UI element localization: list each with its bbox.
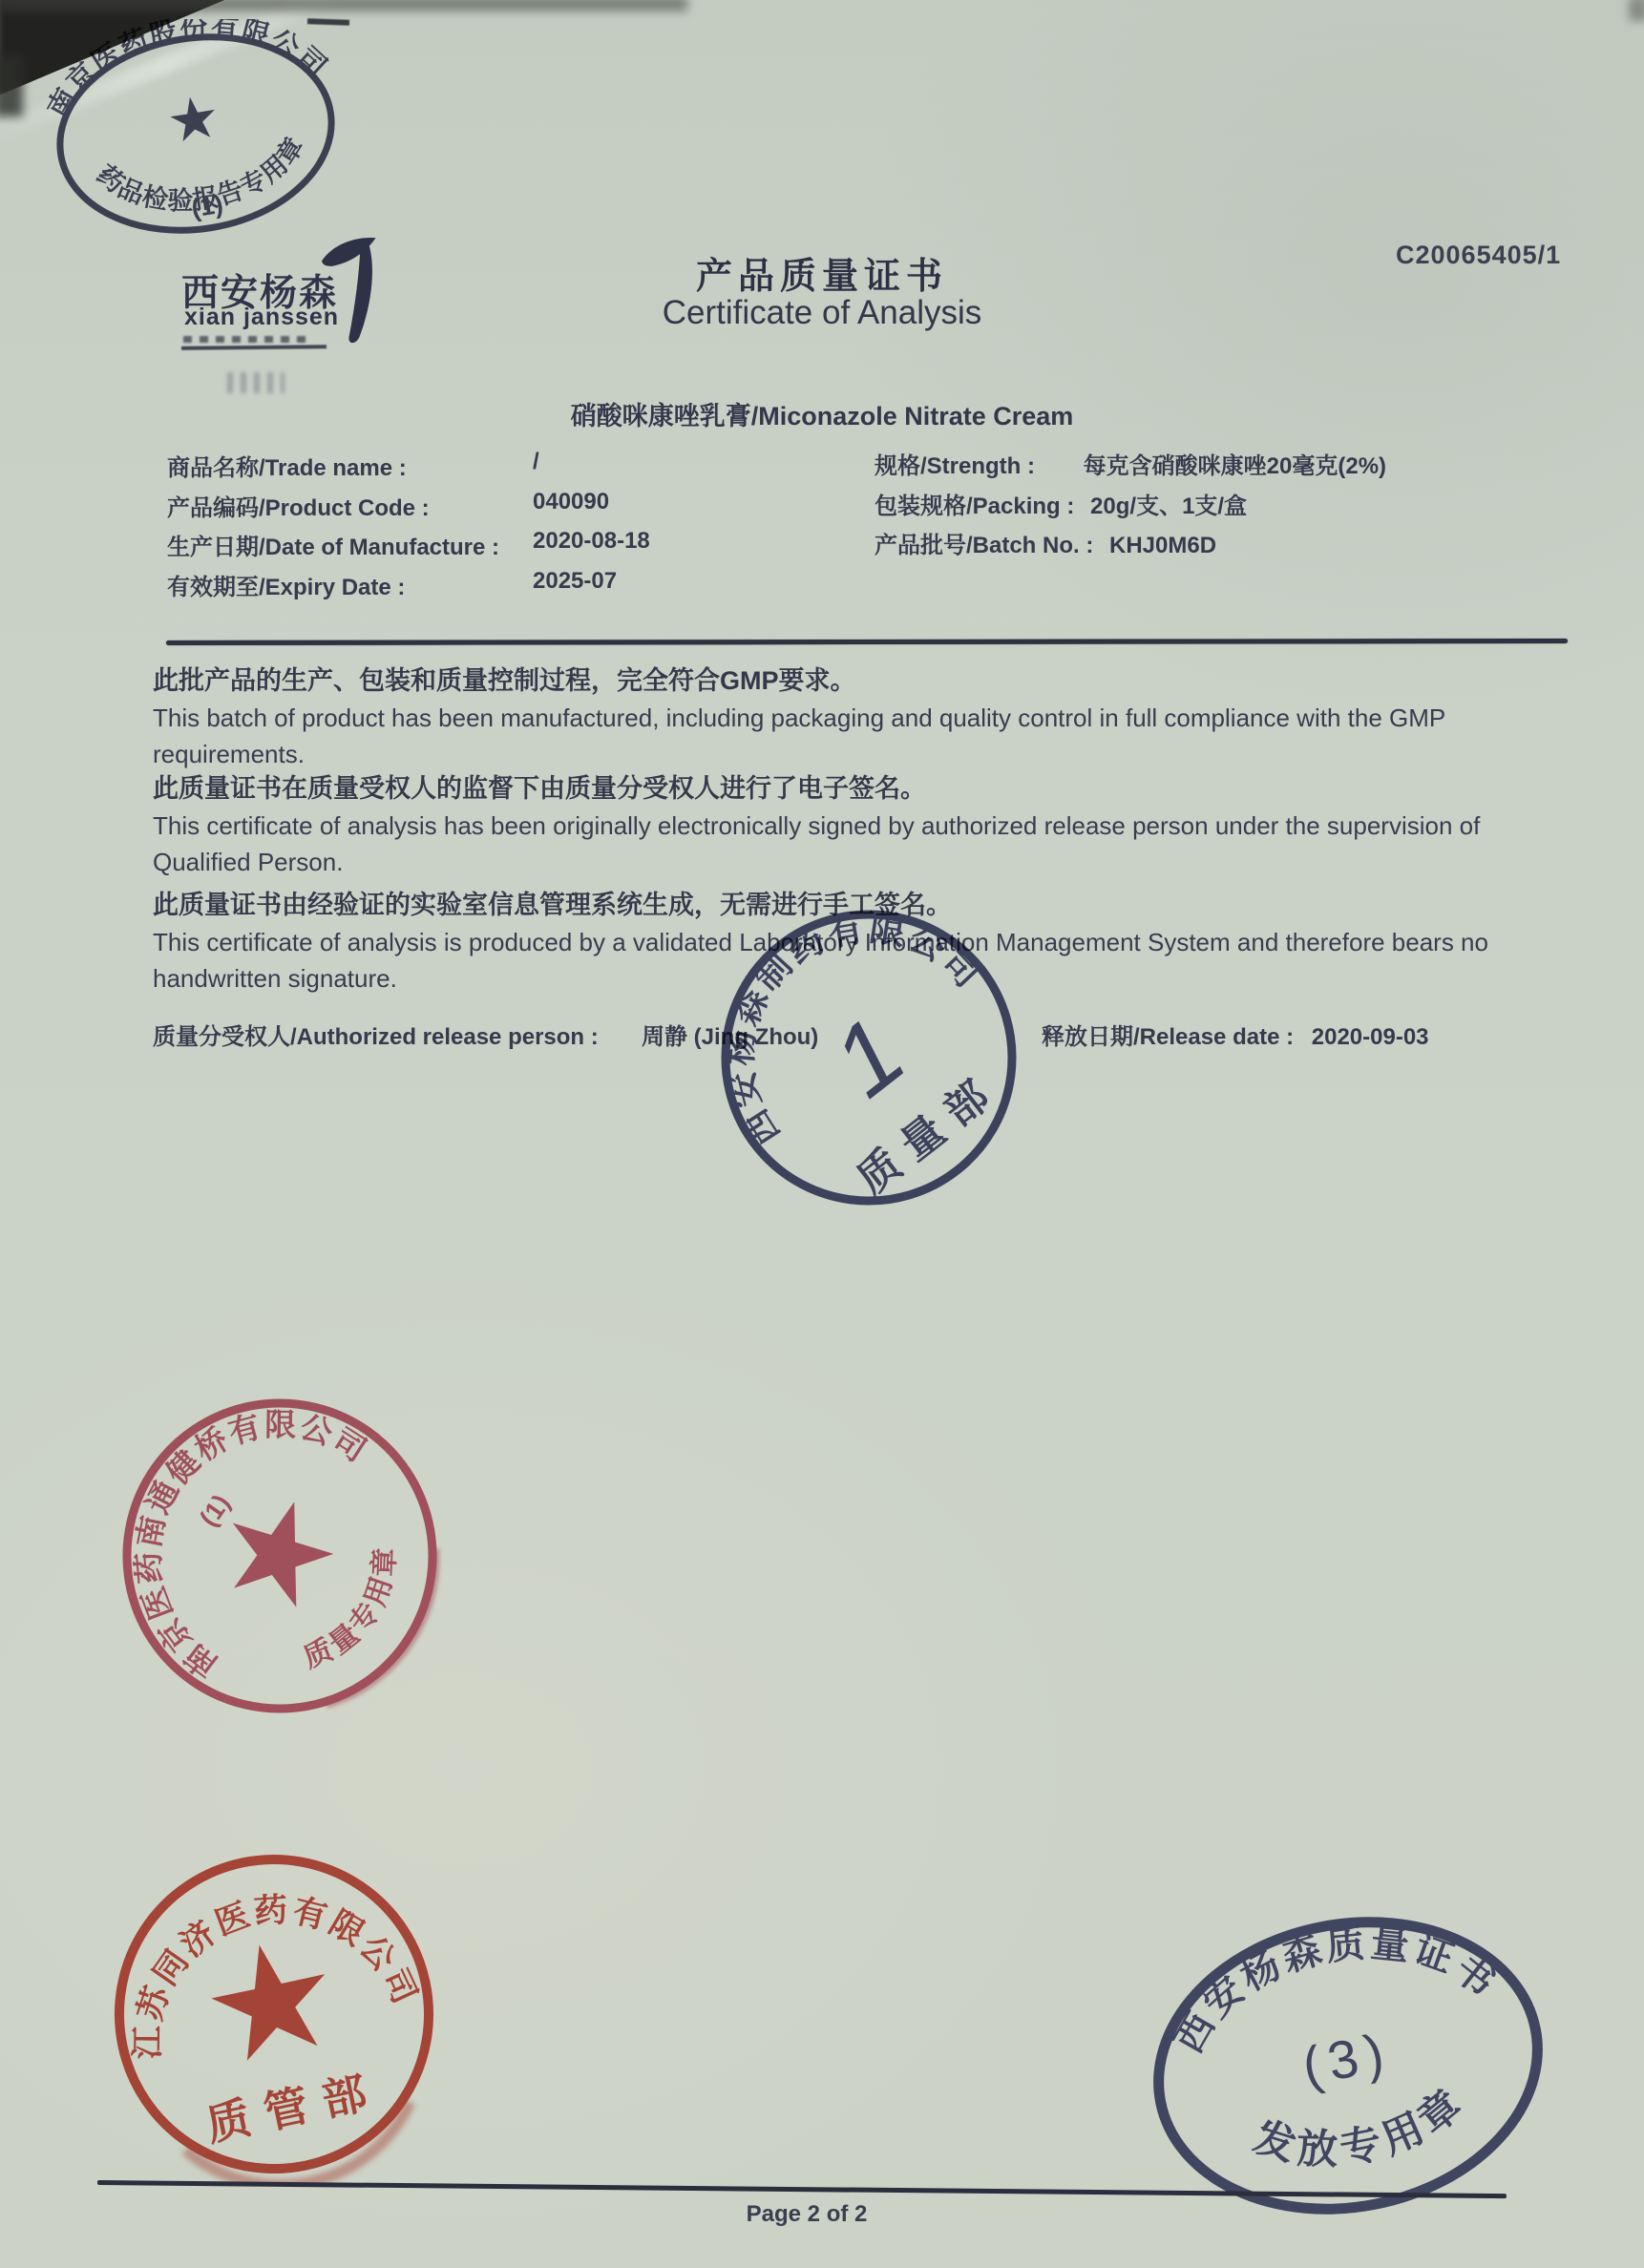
scanned-certificate-page: C20065405/1 西安杨森 xian janssen 产品质量证书 Cer… bbox=[0, 0, 1644, 2268]
field-label: 包装规格/Packing : bbox=[875, 493, 1074, 519]
stamp-center-number: 1 bbox=[813, 997, 925, 1118]
field-label: 商品名称/Trade name : bbox=[167, 455, 407, 481]
field-label: 产品批号/Batch No. : bbox=[875, 533, 1093, 558]
scan-edge-shadow bbox=[0, 55, 23, 116]
field-batch-no: 产品批号/Batch No. : KHJ0M6D bbox=[875, 526, 1581, 566]
release-date-label: 释放日期/Release date : bbox=[1042, 1024, 1294, 1050]
field-value: 2025-07 bbox=[533, 568, 617, 595]
field-manufacture-date: 生产日期/Date of Manufacture : 2020-08-18 bbox=[167, 528, 874, 568]
stamp-number: (1) bbox=[189, 190, 224, 223]
field-value: 040090 bbox=[533, 489, 609, 515]
paragraph-cn: 此质量证书在质量受权人的监督下由质量分受权人进行了电子签名。 bbox=[153, 769, 1532, 808]
field-value: 20g/支、1支/盒 bbox=[1090, 487, 1247, 520]
field-value: 每克含硝酸咪康唑20毫克(2%) bbox=[1084, 447, 1386, 480]
scan-top-shadow bbox=[0, 0, 687, 11]
scan-corner-speck bbox=[1629, 0, 1644, 21]
field-label: 有效期至/Expiry Date : bbox=[167, 575, 405, 600]
field-strength: 规格/Strength : 每克含硝酸咪康唑20毫克(2%) bbox=[875, 447, 1581, 487]
star-icon bbox=[202, 1933, 339, 2066]
product-name-line: 硝酸咪康唑乳膏/Miconazole Nitrate Cream bbox=[0, 395, 1644, 432]
page-number: Page 2 of 2 bbox=[0, 2201, 1613, 2228]
field-expiry-date: 有效期至/Expiry Date : 2025-07 bbox=[167, 568, 874, 608]
field-label: 规格/Strength : bbox=[875, 453, 1035, 479]
horizontal-rule bbox=[166, 639, 1568, 645]
paragraph-en: This certificate of analysis has been or… bbox=[153, 808, 1532, 880]
stamp-arc-bottom-text: 发放专用章 bbox=[1240, 2073, 1481, 2191]
fields-right-column: 规格/Strength : 每克含硝酸咪康唑20毫克(2%) 包装规格/Pack… bbox=[875, 447, 1581, 566]
stamp-release-seal-oval: 西安杨森质量证书 (3) 发放专用章 bbox=[1138, 1913, 1558, 2228]
paragraph-gmp: 此批产品的生产、包装和质量控制过程，完全符合GMP要求。 This batch … bbox=[153, 661, 1532, 772]
field-label: 产品编码/Product Code : bbox=[167, 495, 430, 521]
field-value: KHJ0M6D bbox=[1109, 533, 1216, 559]
field-value: 2020-08-18 bbox=[533, 528, 650, 555]
star-icon bbox=[168, 94, 220, 143]
stamp-number: (3) bbox=[1297, 2021, 1396, 2096]
stamp-red-nanjing-distributor: 南京医药南通健桥有限公司 (1) 质量专用章 bbox=[108, 1384, 452, 1728]
paragraph-en: This batch of product has been manufactu… bbox=[153, 700, 1532, 772]
stamp-red-jiangsu-tongji: 江苏同济医药有限公司 质管部 bbox=[102, 1842, 446, 2186]
release-date-value: 2020-09-03 bbox=[1312, 1024, 1429, 1050]
svg-text:发放专用章: 发放专用章 bbox=[1240, 2073, 1481, 2191]
field-packing: 包装规格/Packing : 20g/支、1支/盒 bbox=[875, 487, 1581, 527]
title-en: Certificate of Analysis bbox=[0, 294, 1644, 332]
logo-strikethrough bbox=[181, 345, 327, 350]
stamp-number: (1) bbox=[194, 1489, 236, 1531]
field-trade-name: 商品名称/Trade name : / bbox=[167, 449, 874, 489]
stamp-department-text: 质管部 bbox=[201, 2065, 386, 2151]
fields-left-column: 商品名称/Trade name : / 产品编码/Product Code : … bbox=[167, 449, 874, 607]
field-product-code: 产品编码/Product Code : 040090 bbox=[167, 489, 874, 529]
logo-smudge bbox=[183, 336, 313, 343]
release-date: 释放日期/Release date : 2020-09-03 bbox=[1042, 1018, 1429, 1051]
release-person-label: 质量分受权人/Authorized release person : bbox=[153, 1018, 599, 1051]
stamp-nanjing-pharma-oval: 南京医药股份有限公司 药品检验报告专用章 (1) bbox=[43, 19, 348, 258]
paragraph-esign: 此质量证书在质量受权人的监督下由质量分受权人进行了电子签名。 This cert… bbox=[153, 769, 1532, 880]
field-value: / bbox=[533, 449, 539, 475]
paragraph-cn: 此批产品的生产、包装和质量控制过程，完全符合GMP要求。 bbox=[153, 661, 1532, 700]
field-label: 生产日期/Date of Manufacture : bbox=[167, 535, 499, 560]
stamp-xian-janssen-quality-dept: 西安杨森制药有限公司 1 质量部 bbox=[706, 895, 1031, 1220]
logo-faded-text bbox=[227, 372, 285, 393]
